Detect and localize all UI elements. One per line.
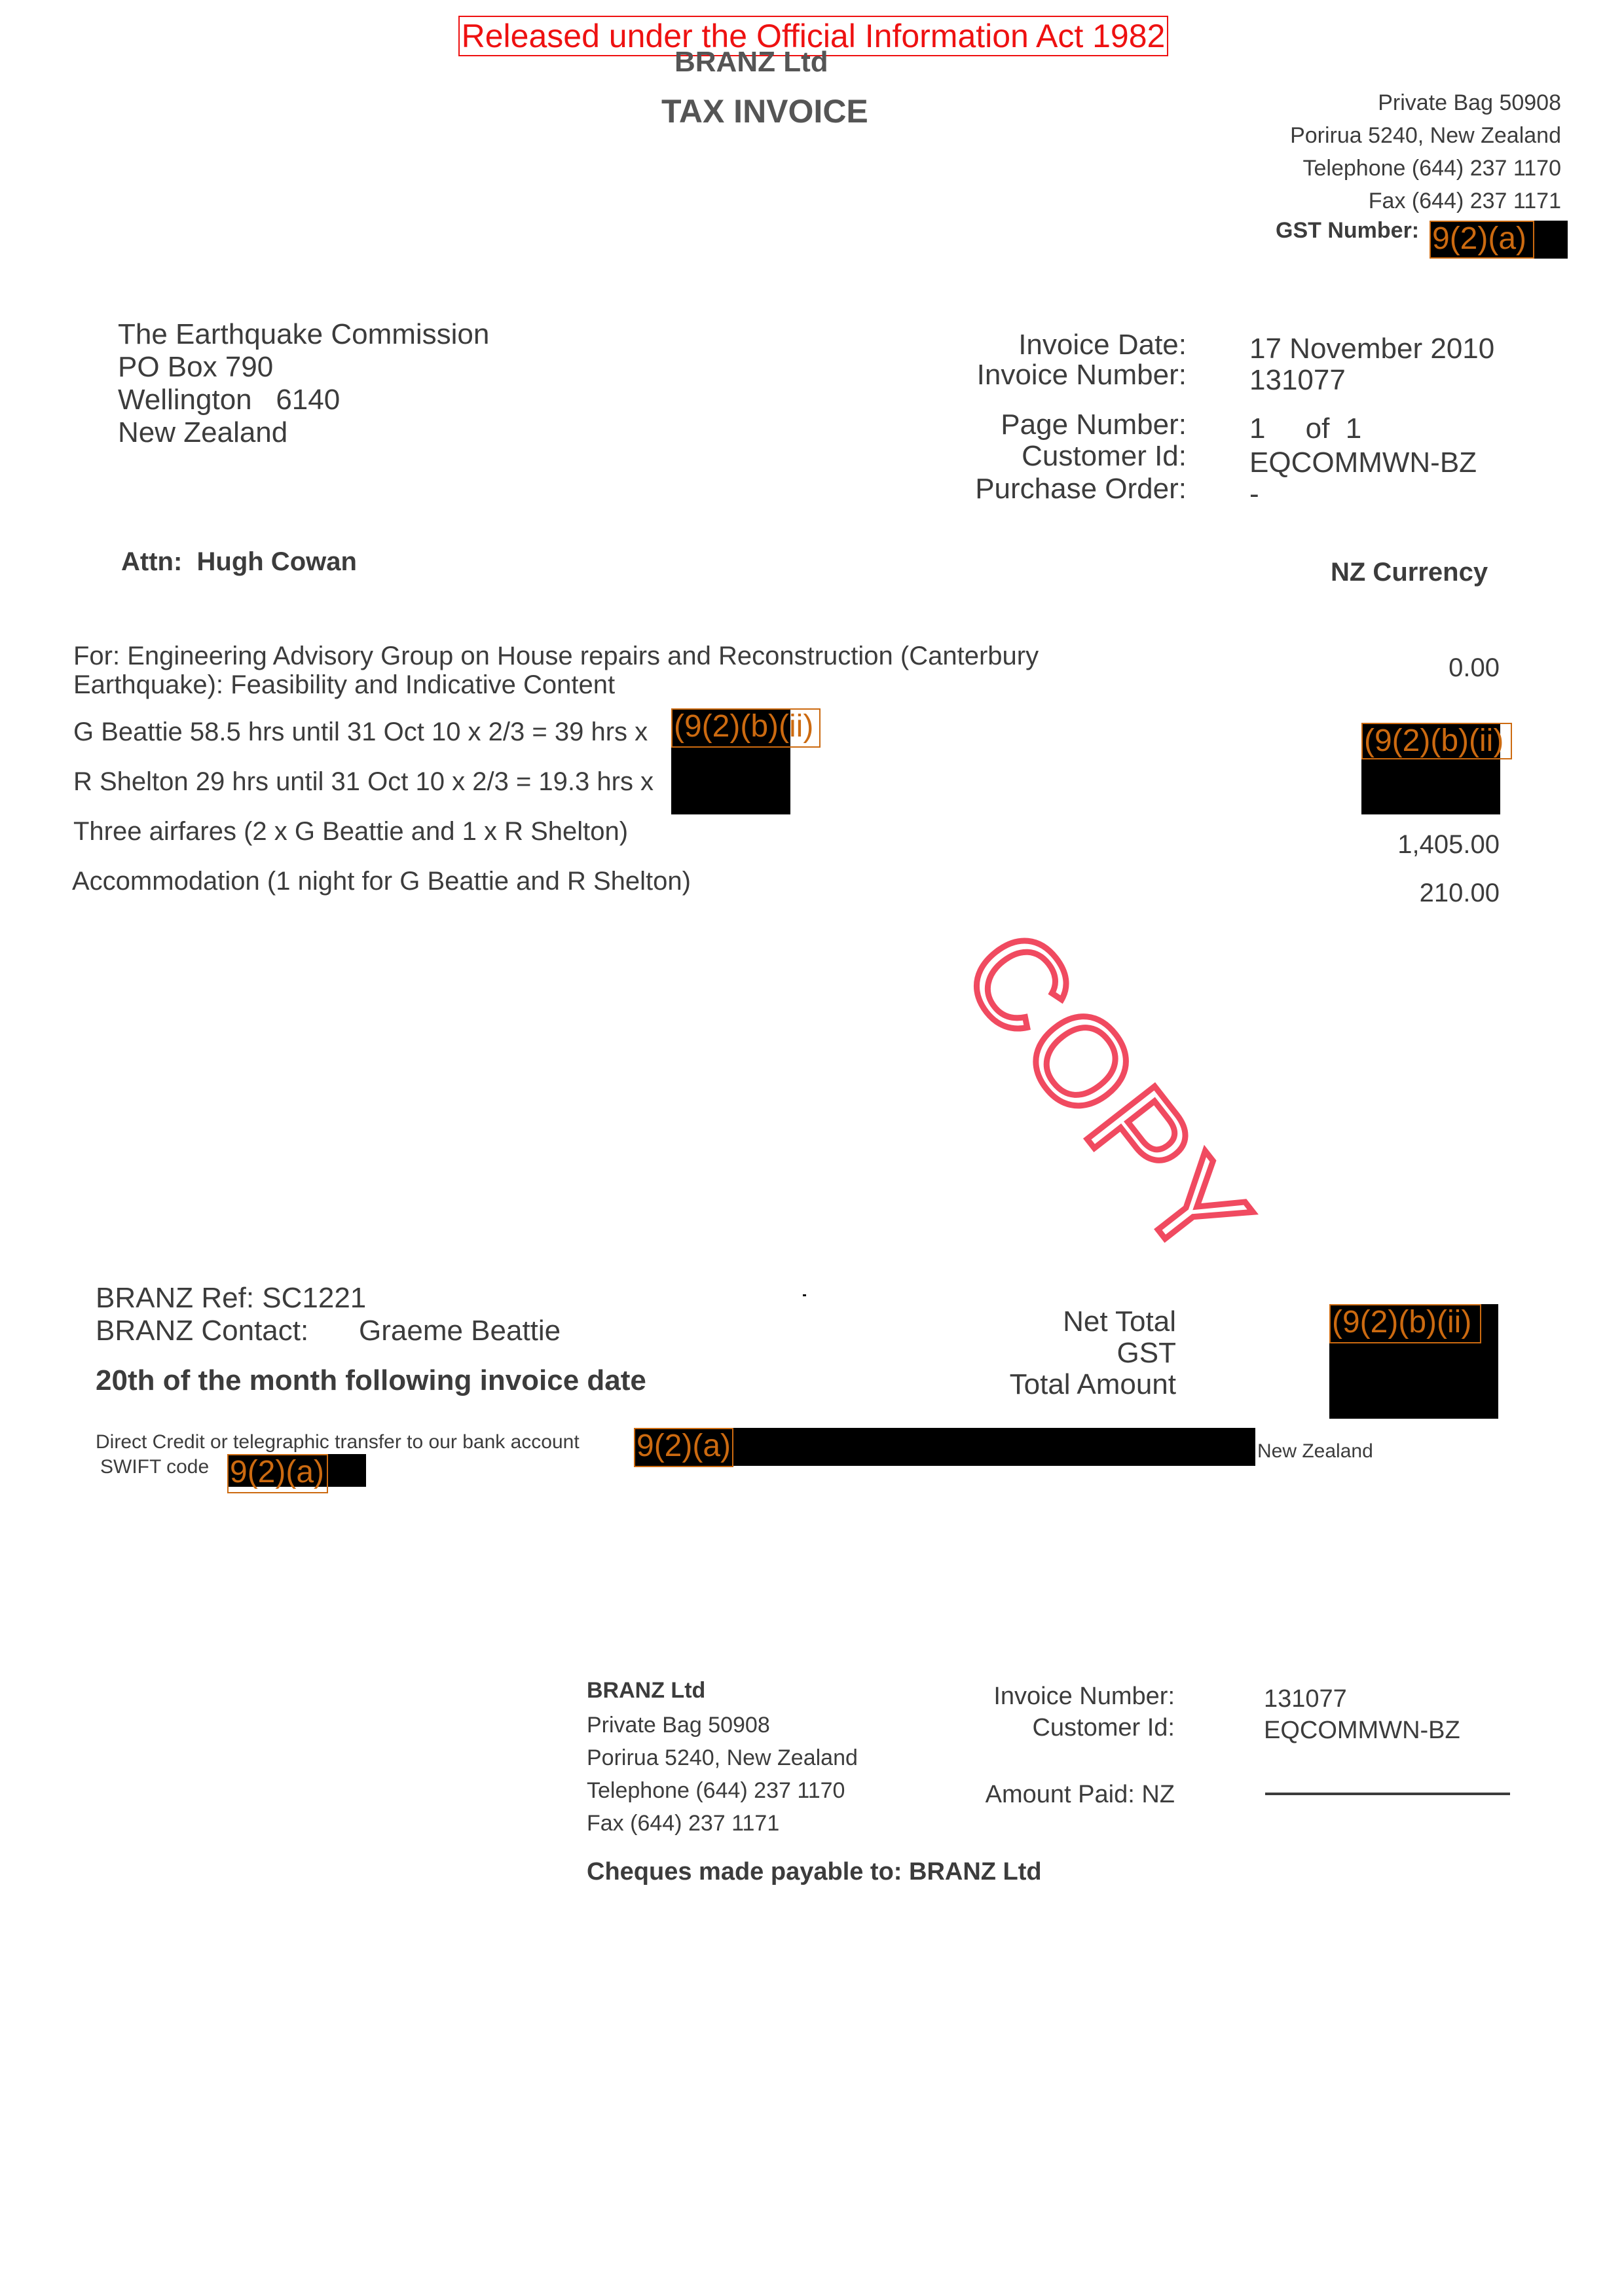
bank-account-redaction-code: 9(2)(a) — [634, 1428, 733, 1467]
sender-address: Private Bag 50908 Porirua 5240, New Zeal… — [1290, 86, 1561, 217]
amount-redaction-code: (9(2)(b)(ii) — [1361, 723, 1512, 759]
line-item-description: Accommodation (1 night for G Beattie and… — [72, 866, 691, 897]
swift-code-label: SWIFT code — [100, 1456, 209, 1478]
payment-terms: 20th of the month following invoice date — [96, 1364, 646, 1397]
invoice-date-label: Invoice Date: — [1018, 329, 1187, 361]
remittance-fax: Fax (644) 237 1171 — [587, 1807, 858, 1840]
purchase-order-label: Purchase Order: — [975, 473, 1187, 505]
company-name: BRANZ Ltd — [674, 46, 828, 79]
totals-redaction-code: (9(2)(b)(ii) — [1329, 1304, 1481, 1343]
recipient-address: The Earthquake Commission PO Box 790 Wel… — [118, 318, 489, 449]
net-total-label: Net Total — [1063, 1305, 1176, 1338]
recipient-line: Wellington 6140 — [118, 384, 489, 416]
branz-reference: BRANZ Ref: SC1221 — [96, 1282, 366, 1315]
amount-paid-field[interactable] — [1265, 1793, 1510, 1795]
sender-fax: Fax (644) 237 1171 — [1290, 185, 1561, 217]
branz-contact-label: BRANZ Contact: — [96, 1315, 308, 1347]
remittance-customer-id-label: Customer Id: — [1032, 1713, 1175, 1743]
page-number-label: Page Number: — [1001, 409, 1187, 441]
purchase-order-value: - — [1249, 478, 1259, 511]
remittance-address-line: Private Bag 50908 — [587, 1709, 858, 1741]
invoice-number-value: 131077 — [1249, 364, 1346, 397]
currency-label: NZ Currency — [1331, 556, 1488, 588]
remittance-phone: Telephone (644) 237 1170 — [587, 1774, 858, 1807]
document-title: TAX INVOICE — [661, 93, 868, 130]
remittance-address: Private Bag 50908 Porirua 5240, New Zeal… — [587, 1709, 858, 1840]
line-item-description: R Shelton 29 hrs until 31 Oct 10 x 2/3 =… — [73, 766, 654, 797]
total-amount-label: Total Amount — [1010, 1368, 1176, 1401]
invoice-date-value: 17 November 2010 — [1249, 333, 1494, 365]
page-number-value: 1 of 1 — [1249, 412, 1361, 445]
line-item-description-cont: Earthquake): Feasibility and Indicative … — [73, 669, 615, 701]
remittance-invoice-number: 131077 — [1264, 1684, 1347, 1714]
line-item-amount: 1,405.00 — [1397, 829, 1500, 860]
bank-country: New Zealand — [1257, 1440, 1373, 1463]
invoice-number-label: Invoice Number: — [977, 359, 1187, 392]
copy-stamp: COPY — [935, 903, 1281, 1290]
swift-redaction-code: 9(2)(a) — [227, 1454, 328, 1493]
gst-label: GST — [1117, 1337, 1176, 1370]
customer-id-value: EQCOMMWN-BZ — [1249, 446, 1477, 479]
rate-redaction-code: (9(2)(b)(ii) — [671, 708, 821, 748]
line-item-amount: 0.00 — [1449, 652, 1500, 683]
recipient-line: New Zealand — [118, 416, 489, 449]
remittance-customer-id: EQCOMMWN-BZ — [1264, 1715, 1460, 1745]
gst-redaction-code: 9(2)(a) — [1430, 221, 1534, 259]
stray-mark — [803, 1294, 806, 1296]
remittance-invoice-number-label: Invoice Number: — [993, 1681, 1175, 1711]
remittance-company: BRANZ Ltd — [587, 1677, 705, 1704]
line-item-description: G Beattie 58.5 hrs until 31 Oct 10 x 2/3… — [73, 716, 648, 748]
cheques-payable-note: Cheques made payable to: BRANZ Ltd — [587, 1857, 1042, 1887]
branz-contact-name: Graeme Beattie — [359, 1315, 561, 1347]
customer-id-label: Customer Id: — [1022, 440, 1187, 473]
recipient-line: The Earthquake Commission — [118, 318, 489, 351]
remittance-address-line: Porirua 5240, New Zealand — [587, 1741, 858, 1774]
recipient-line: PO Box 790 — [118, 351, 489, 384]
gst-number-label: GST Number: — [1276, 217, 1419, 244]
line-item-description: For: Engineering Advisory Group on House… — [73, 640, 1039, 672]
line-item-amount: 210.00 — [1420, 877, 1500, 909]
sender-address-line: Porirua 5240, New Zealand — [1290, 119, 1561, 152]
amount-paid-label: Amount Paid: NZ — [986, 1779, 1175, 1810]
attention-line: Attn: Hugh Cowan — [121, 546, 357, 577]
sender-address-line: Private Bag 50908 — [1290, 86, 1561, 119]
bank-transfer-text: Direct Credit or telegraphic transfer to… — [96, 1431, 580, 1453]
sender-phone: Telephone (644) 237 1170 — [1290, 152, 1561, 185]
line-item-description: Three airfares (2 x G Beattie and 1 x R … — [73, 816, 628, 847]
